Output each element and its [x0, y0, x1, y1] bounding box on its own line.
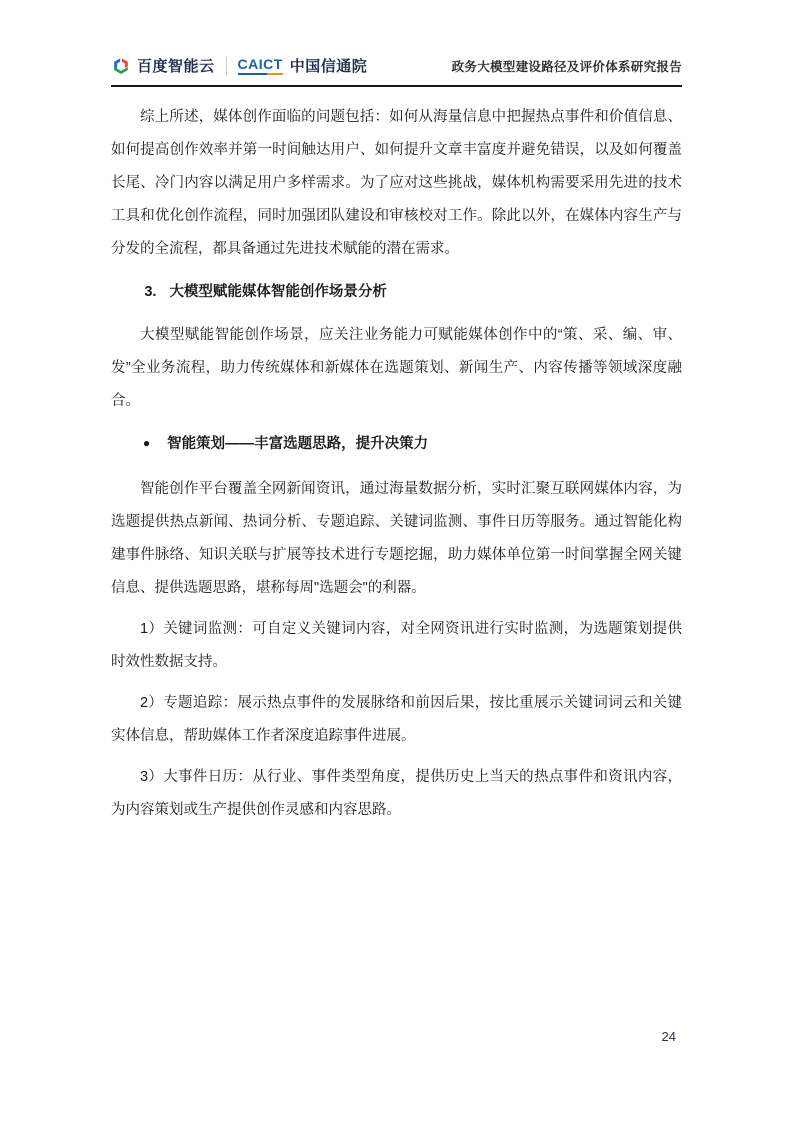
paragraph-summary: 综上所述，媒体创作面临的问题包括：如何从海量信息中把握热点事件和价值信息、如何提…: [111, 101, 682, 266]
paragraph-platform: 智能创作平台覆盖全网新闻资讯，通过海量数据分析，实时汇聚互联网媒体内容，为选题提…: [111, 473, 682, 605]
bullet-icon: ●: [143, 427, 150, 460]
document-body: 综上所述，媒体创作面临的问题包括：如何从海量信息中把握热点事件和价值信息、如何提…: [111, 101, 682, 827]
caict-underline-blue: [238, 73, 267, 75]
baidu-logo-text: 百度智能云: [137, 55, 215, 76]
bullet-text: 智能策划——丰富选题思路，提升决策力: [167, 428, 428, 461]
paragraph-event-calendar: 3）大事件日历：从行业、事件类型角度，提供历史上当天的热点事件和资讯内容，为内容…: [111, 761, 682, 827]
logo-group: 百度智能云 CAICT 中国信通院: [111, 55, 367, 76]
caict-underline-orange: [267, 73, 283, 75]
caict-acronym: CAICT: [238, 57, 283, 75]
caict-acronym-text: CAICT: [238, 57, 283, 71]
paragraph-keyword-monitor: 1）关键词监测：可自定义关键词内容，对全网资讯进行实时监测，为选题策划提供时效性…: [111, 613, 682, 679]
caict-underline: [238, 73, 283, 75]
bullet-heading: ● 智能策划——丰富选题思路，提升决策力: [111, 428, 682, 461]
page-number: 24: [662, 1029, 676, 1044]
section-title: 大模型赋能媒体智能创作场景分析: [169, 276, 387, 309]
page-header: 百度智能云 CAICT 中国信通院 政务大模型建设路径及评价体系研究报告: [111, 55, 682, 87]
paragraph-scene-analysis: 大模型赋能智能创作场景，应关注业务能力可赋能媒体创作中的“策、采、编、审、发”全…: [111, 319, 682, 418]
baidu-cloud-logo-icon: [111, 56, 131, 76]
section-heading: 3. 大模型赋能媒体智能创作场景分析: [111, 276, 682, 309]
document-page: 百度智能云 CAICT 中国信通院 政务大模型建设路径及评价体系研究报告 综上所…: [0, 0, 793, 1122]
baidu-cloud-logo: 百度智能云: [111, 55, 215, 76]
section-number: 3.: [144, 276, 156, 309]
report-title: 政务大模型建设路径及评价体系研究报告: [452, 57, 682, 75]
caict-name-text: 中国信通院: [290, 55, 368, 76]
logo-divider: [226, 57, 227, 75]
paragraph-topic-tracking: 2）专题追踪：展示热点事件的发展脉络和前因后果，按比重展示关键词词云和关键实体信…: [111, 687, 682, 753]
caict-logo: CAICT 中国信通院: [238, 55, 368, 76]
